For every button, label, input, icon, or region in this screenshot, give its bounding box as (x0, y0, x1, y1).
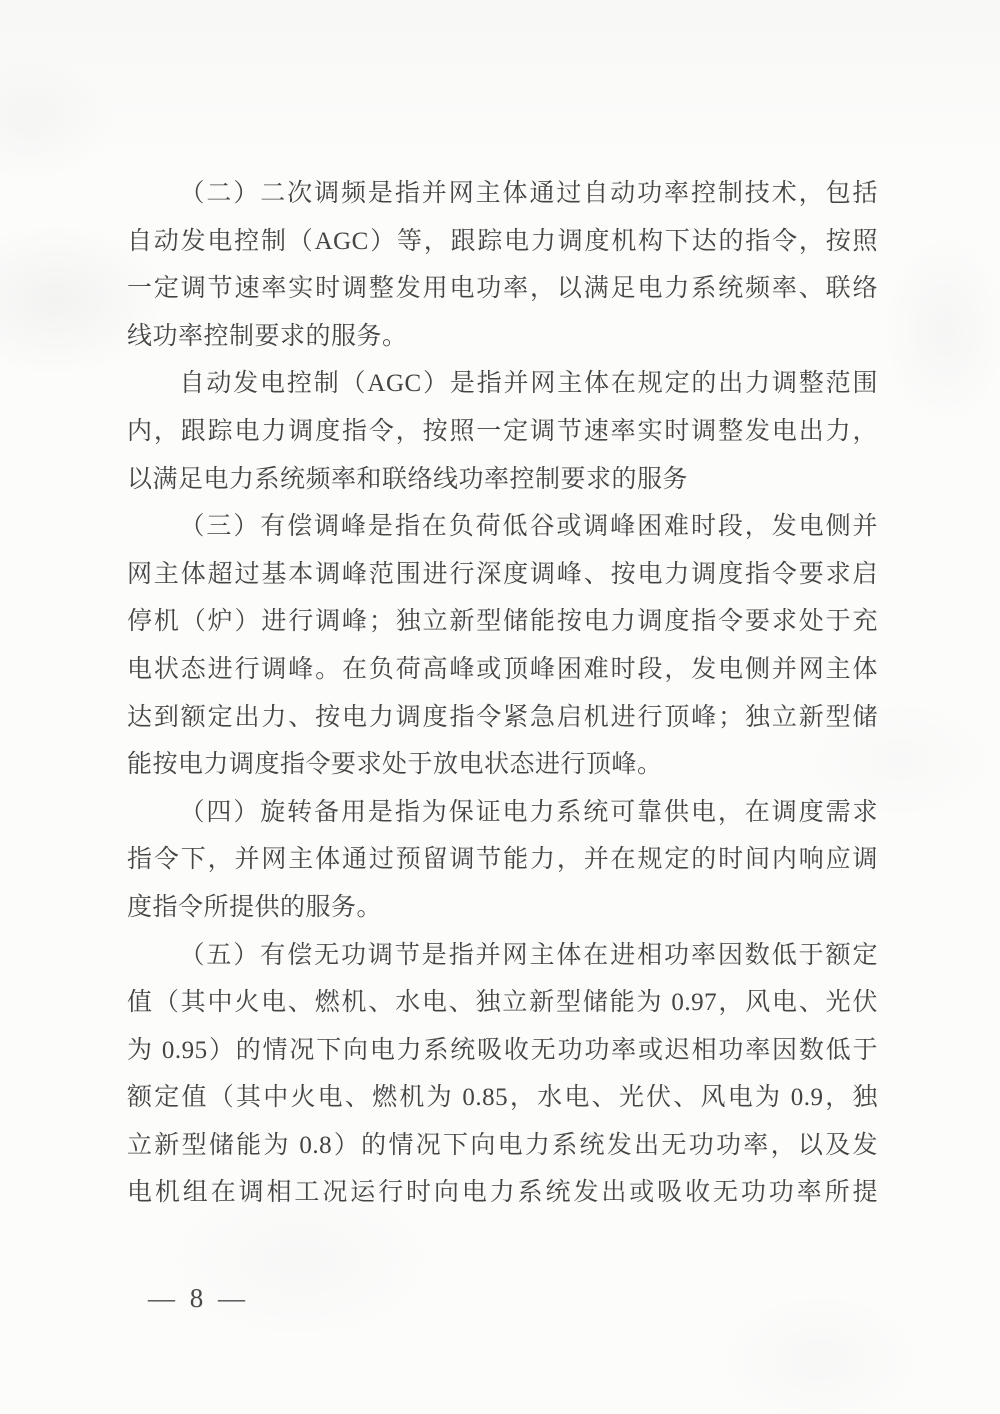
text-line: 指令下，并网主体通过预留调节能力，并在规定的时间内响应调 (127, 836, 878, 884)
text-line: 以满足电力系统频率和联络线功率控制要求的服务 (127, 456, 878, 504)
text-line: 值（其中火电、燃机、水电、独立新型储能为 0.97，风电、光伏 (127, 979, 878, 1027)
text-line: （五）有偿无功调节是指并网主体在进相功率因数低于额定 (127, 932, 878, 980)
scanned-document-page: （二）二次调频是指并网主体通过自动功率控制技术，包括 自动发电控制（AGC）等，… (0, 0, 1000, 1414)
text-line: 电状态进行调峰。在负荷高峰或顶峰困难时段，发电侧并网主体 (127, 646, 878, 694)
paragraph-3-compensated-peak-regulation: （三）有偿调峰是指在负荷低谷或调峰困难时段，发电侧并 网主体超过基本调峰范围进行… (127, 503, 878, 789)
text-line: 一定调节速率实时调整发用电功率，以满足电力系统频率、联络 (127, 265, 878, 313)
text-line: 自动发电控制（AGC）等，跟踪电力调度机构下达的指令，按照 (127, 218, 878, 266)
text-line: 度指令所提供的服务。 (127, 884, 878, 932)
text-line: 达到额定出力、按电力调度指令紧急启机进行顶峰；独立新型储 (127, 694, 878, 742)
paragraph-2-secondary-frequency-regulation: （二）二次调频是指并网主体通过自动功率控制技术，包括 自动发电控制（AGC）等，… (127, 170, 878, 360)
text-line: （三）有偿调峰是指在负荷低谷或调峰困难时段，发电侧并 (127, 503, 878, 551)
text-line: 立新型储能为 0.8）的情况下向电力系统发出无功功率，以及发 (127, 1122, 878, 1170)
text-line: 内，跟踪电力调度指令，按照一定调节速率实时调整发电出力， (127, 408, 878, 456)
text-line: 线功率控制要求的服务。 (127, 313, 878, 361)
page-number: — 8 — (148, 1283, 249, 1314)
text-line: （四）旋转备用是指为保证电力系统可靠供电，在调度需求 (127, 789, 878, 837)
text-line: （二）二次调频是指并网主体通过自动功率控制技术，包括 (127, 170, 878, 218)
text-line: 能按电力调度指令要求处于放电状态进行顶峰。 (127, 741, 878, 789)
paragraph-agc-definition: 自动发电控制（AGC）是指并网主体在规定的出力调整范围 内，跟踪电力调度指令，按… (127, 360, 878, 503)
text-line: 自动发电控制（AGC）是指并网主体在规定的出力调整范围 (127, 360, 878, 408)
text-line: 电机组在调相工况运行时向电力系统发出或吸收无功功率所提 (127, 1169, 878, 1217)
text-line: 停机（炉）进行调峰；独立新型储能按电力调度指令要求处于充 (127, 598, 878, 646)
text-line: 网主体超过基本调峰范围进行深度调峰、按电力调度指令要求启 (127, 551, 878, 599)
text-line: 为 0.95）的情况下向电力系统吸收无功功率或迟相功率因数低于 (127, 1027, 878, 1075)
text-line: 额定值（其中火电、燃机为 0.85，水电、光伏、风电为 0.9，独 (127, 1074, 878, 1122)
paragraph-5-compensated-reactive-power: （五）有偿无功调节是指并网主体在进相功率因数低于额定 值（其中火电、燃机、水电、… (127, 932, 878, 1218)
paragraph-4-spinning-reserve: （四）旋转备用是指为保证电力系统可靠供电，在调度需求 指令下，并网主体通过预留调… (127, 789, 878, 932)
document-body: （二）二次调频是指并网主体通过自动功率控制技术，包括 自动发电控制（AGC）等，… (127, 170, 878, 1217)
